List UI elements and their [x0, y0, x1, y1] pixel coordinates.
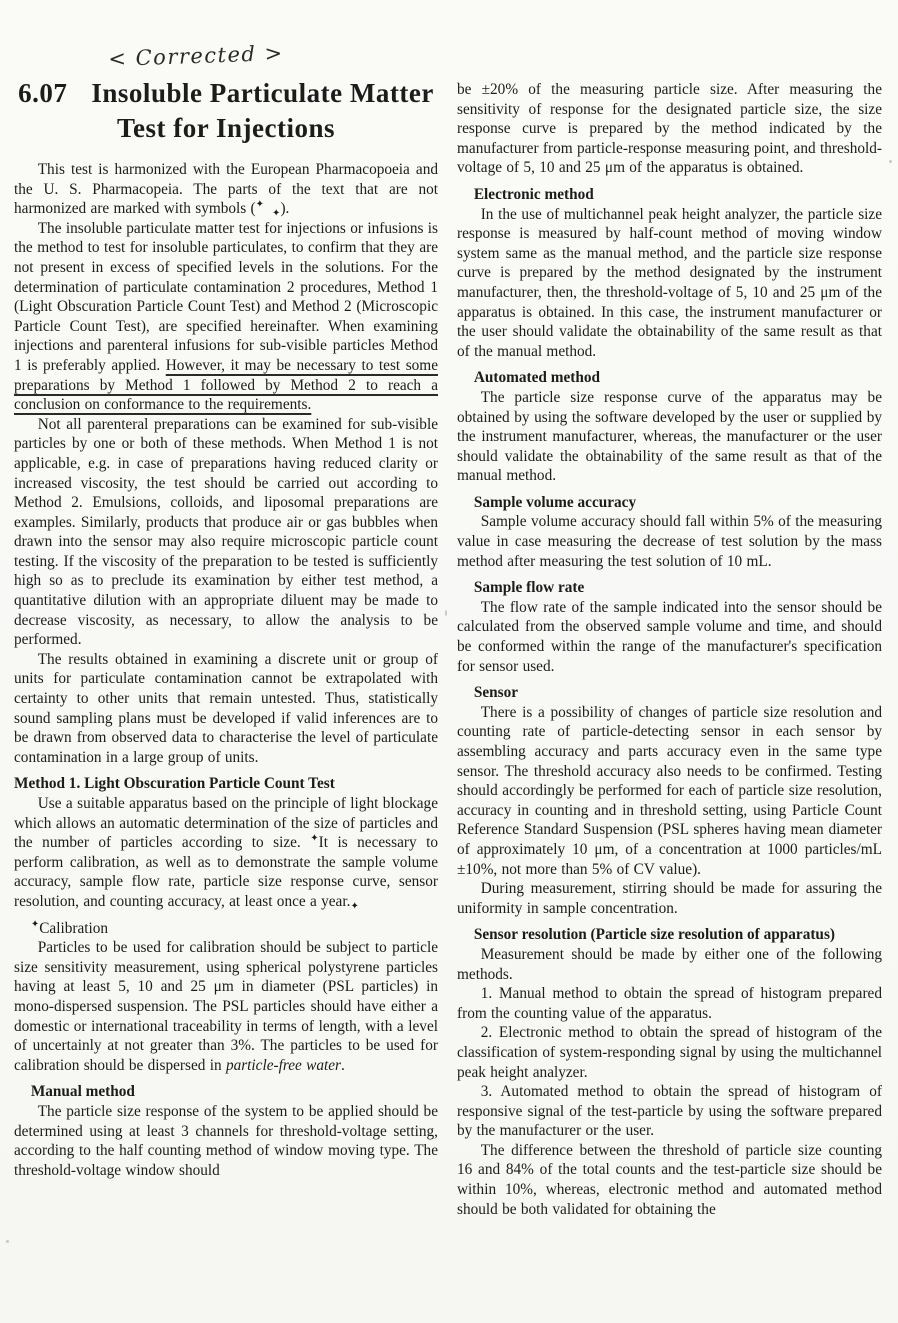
scan-speck	[889, 160, 892, 163]
paragraph-text: ).	[280, 200, 289, 217]
paragraph-manual-method: The particle size response of the system…	[14, 1102, 438, 1180]
paragraph-text: The insoluble particulate matter test fo…	[14, 220, 438, 374]
sensor-resolution-heading: Sensor resolution (Particle size resolut…	[457, 925, 882, 945]
harmonization-open-marker: ✦	[256, 199, 264, 210]
nonharmonized-close-marker: ✦	[350, 901, 358, 912]
paragraph-manual-continued: be ±20% of the measuring particle size. …	[457, 80, 882, 178]
nonharmonized-open-marker: ✦	[310, 833, 318, 844]
method1-heading: Method 1. Light Obscuration Particle Cou…	[14, 774, 438, 794]
right-column: be ±20% of the measuring particle size. …	[457, 80, 882, 1323]
paragraph-method1: Use a suitable apparatus based on the pr…	[14, 794, 438, 912]
calibration-marker: ✦	[31, 919, 39, 930]
left-column: < Corrected > 6.07Insoluble Particulate …	[14, 44, 438, 1323]
document-page: < Corrected > 6.07Insoluble Particulate …	[0, 0, 898, 1323]
paragraph-applicability: Not all parenteral preparations can be e…	[14, 415, 438, 650]
sample-flow-rate-heading: Sample flow rate	[457, 578, 882, 598]
paragraph-text: .	[341, 1057, 345, 1074]
paragraph-text: This test is harmonized with the Europea…	[14, 161, 438, 217]
paragraph-resolution-intro: Measurement should be made by either one…	[457, 945, 882, 984]
page-title: 6.07Insoluble Particulate Matter Test fo…	[14, 76, 438, 146]
paragraph-sensor-1: There is a possibility of changes of par…	[457, 703, 882, 879]
paragraph-calibration: Particles to be used for calibration sho…	[14, 938, 438, 1075]
italic-term: particle-free water	[226, 1057, 341, 1074]
resolution-list-item-2: 2. Electronic method to obtain the sprea…	[457, 1023, 882, 1082]
automated-method-heading: Automated method	[457, 368, 882, 388]
paragraph-sensor-2: During measurement, stirring should be m…	[457, 879, 882, 918]
paragraph-intro: The insoluble particulate matter test fo…	[14, 219, 438, 415]
handwritten-annotation: < Corrected >	[14, 44, 378, 74]
section-number: 6.07	[18, 78, 67, 108]
scan-speck	[6, 1240, 9, 1243]
manual-method-heading: Manual method	[14, 1082, 438, 1102]
title-line-1: 6.07Insoluble Particulate Matter	[14, 76, 438, 111]
paragraph-sample-volume-accuracy: Sample volume accuracy should fall withi…	[457, 512, 882, 571]
paragraph-harmonization: This test is harmonized with the Europea…	[14, 160, 438, 219]
scan-speck	[445, 610, 447, 616]
resolution-list-item-1: 1. Manual method to obtain the spread of…	[457, 984, 882, 1023]
paragraph-text: Particles to be used for calibration sho…	[14, 939, 438, 1074]
sample-volume-accuracy-heading: Sample volume accuracy	[457, 493, 882, 513]
electronic-method-heading: Electronic method	[457, 185, 882, 205]
title-line-2: Test for Injections	[14, 111, 438, 146]
sensor-heading: Sensor	[457, 683, 882, 703]
calibration-heading: ✦Calibration	[14, 919, 438, 939]
heading-text: Calibration	[39, 920, 108, 937]
paragraph-sample-flow-rate: The flow rate of the sample indicated in…	[457, 598, 882, 676]
paragraph-resolution-last: The difference between the threshold of …	[457, 1141, 882, 1219]
paragraph-electronic-method: In the use of multichannel peak height a…	[457, 205, 882, 362]
paragraph-sampling: The results obtained in examining a disc…	[14, 650, 438, 768]
paragraph-automated-method: The particle size response curve of the …	[457, 388, 882, 486]
resolution-list-item-3: 3. Automated method to obtain the spread…	[457, 1082, 882, 1141]
title-text-1: Insoluble Particulate Matter	[91, 78, 433, 108]
